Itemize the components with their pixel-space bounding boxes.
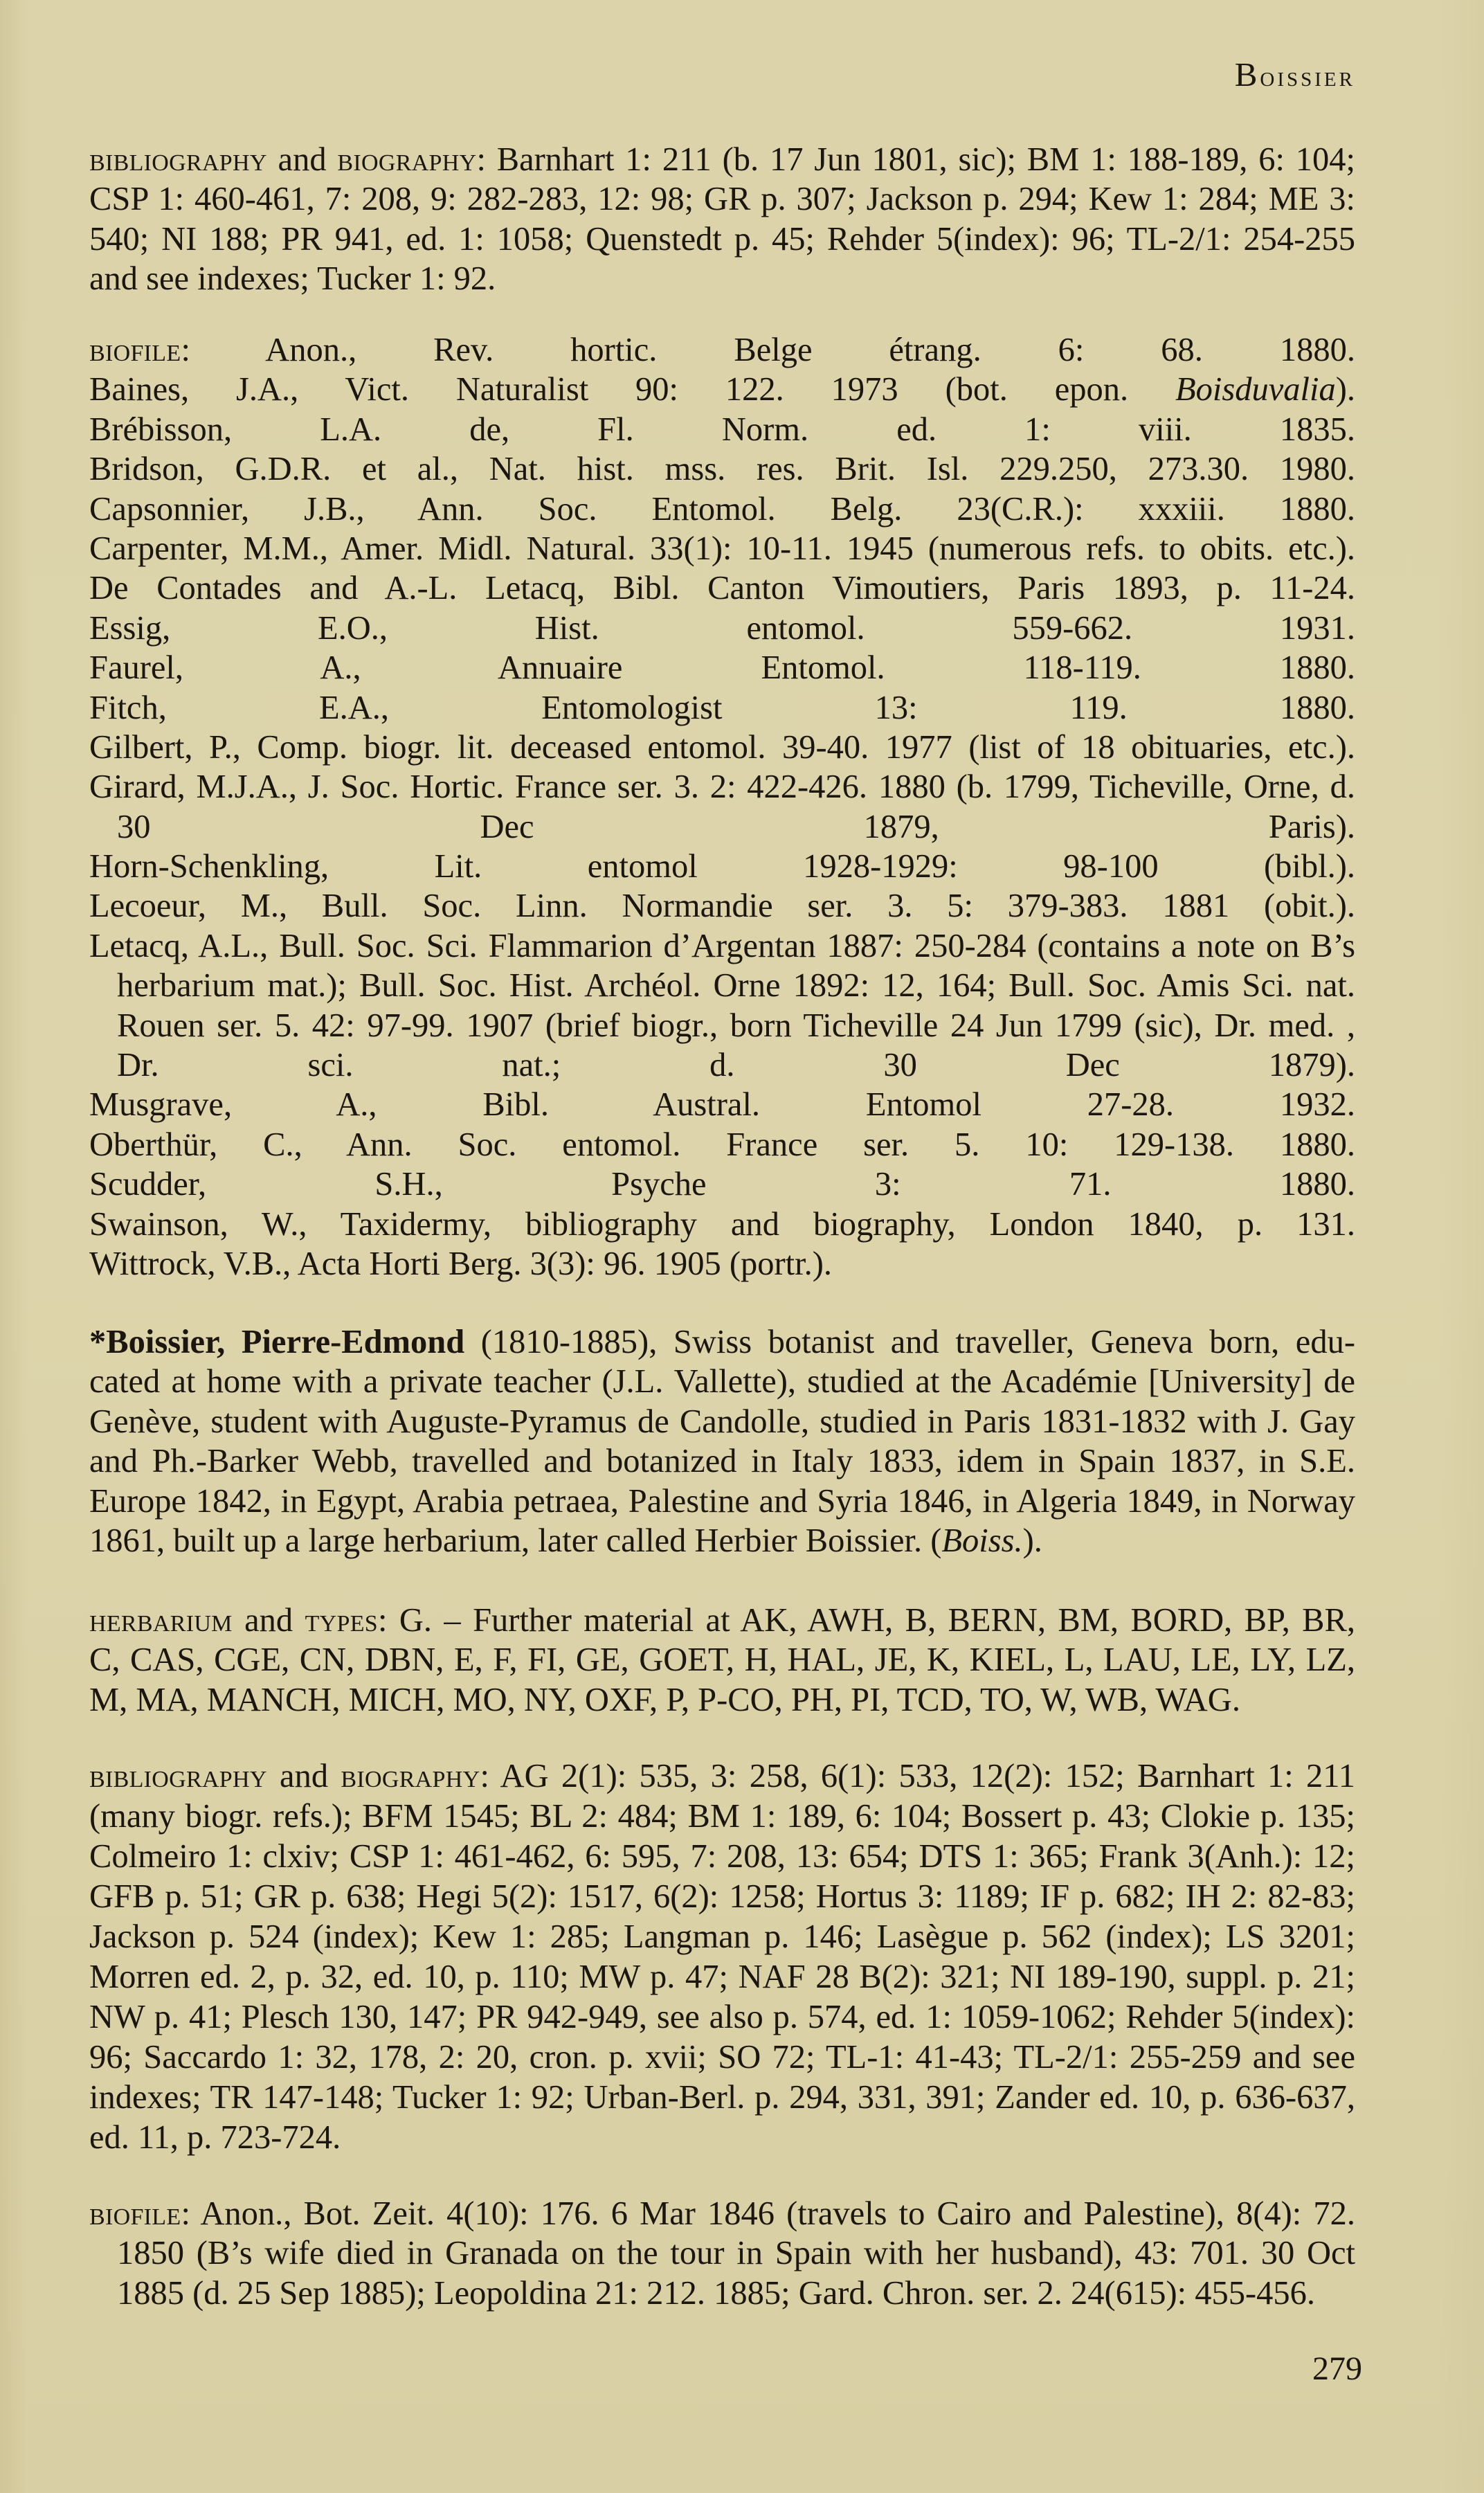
text-line: BIBLIOGRAPHY and BIOGRAPHY: Barnhart 1: … — [89, 140, 1355, 179]
section-label: BIBLIOGRAPHY — [89, 141, 267, 178]
text-line: (many biogr. refs.); BFM 1545; BL 2: 484… — [89, 1797, 1355, 1837]
text-run: (1810-1885), Swiss botanist and travelle… — [464, 1324, 1355, 1360]
text-line: cated at home with a private teacher (J.… — [89, 1362, 1355, 1401]
section-label: BIOGRAPHY — [341, 1758, 480, 1794]
text-run: Essig, E.O., Hist. entomol. 559-662. 193… — [89, 610, 1355, 647]
text-line: 96; Saccardo 1: 32, 178, 2: 20, cron. p.… — [89, 2037, 1355, 2078]
text-run: Carpenter, M.M., Amer. Midl. Natural. 33… — [89, 530, 1355, 567]
text-run: Dr. sci. nat.; d. 30 Dec 1879). — [117, 1047, 1355, 1083]
text-run: Baines, J.A., Vict. Naturalist 90: 122. … — [89, 371, 1175, 408]
text-line: Girard, M.J.A., J. Soc. Hortic. France s… — [89, 767, 1355, 807]
text-run: Lecoeur, M., Bull. Soc. Linn. Normandie … — [89, 888, 1355, 924]
text-run: and see indexes; Tucker 1: 92. — [89, 260, 496, 297]
text-run: Colmeiro 1: clxiv; CSP 1: 461-462, 6: 59… — [89, 1838, 1355, 1875]
text-line: Wittrock, V.B., Acta Horti Berg. 3(3): 9… — [89, 1244, 1355, 1284]
text-line: Swainson, W., Taxidermy, bibliography an… — [89, 1205, 1355, 1244]
text-run: 1850 (B’s wife died in Granada on the to… — [117, 2235, 1355, 2271]
text-run: C, CAS, CGE, CN, DBN, E, F, FI, GE, GOET… — [89, 1641, 1355, 1678]
text-run: Scudder, S.H., Psyche 3: 71. 1880. — [89, 1166, 1355, 1203]
boissier-entry-paragraph: *Boissier, Pierre-Edmond (1810-1885), Sw… — [89, 1322, 1355, 1560]
herbarium-and-types-section: HERBARIUM and TYPES: G. – Further materi… — [89, 1601, 1355, 1720]
text-line: Fitch, E.A., Entomologist 13: 119. 1880. — [89, 688, 1355, 728]
text-run: Fitch, E.A., Entomologist 13: 119. 1880. — [89, 690, 1355, 726]
text-line: and see indexes; Tucker 1: 92. — [89, 259, 1355, 298]
text-run: Oberthür, C., Ann. Soc. entomol. France … — [89, 1126, 1355, 1163]
text-line: 1861, built up a large herbarium, later … — [89, 1521, 1355, 1560]
text-run: ). — [1336, 371, 1355, 408]
text-line: ed. 11, p. 723-724. — [89, 2118, 1355, 2158]
text-line: 540; NI 188; PR 941, ed. 1: 1058; Quenst… — [89, 219, 1355, 259]
text-line: indexes; TR 147-148; Tucker 1: 92; Urban… — [89, 2078, 1355, 2118]
bibliography-section-1: BIBLIOGRAPHY and BIOGRAPHY: Barnhart 1: … — [89, 140, 1355, 299]
text-run: Europe 1842, in Egypt, Arabia petraea, P… — [89, 1483, 1355, 1520]
italic-term: Boisduvalia — [1175, 371, 1336, 408]
text-line: Capsonnier, J.B., Ann. Soc. Entomol. Bel… — [89, 489, 1355, 529]
text-line: and Ph.-Barker Webb, travelled and botan… — [89, 1441, 1355, 1481]
text-line: Gilbert, P., Comp. biogr. lit. deceased … — [89, 728, 1355, 767]
text-run: CSP 1: 460-461, 7: 208, 9: 282-283, 12: … — [89, 181, 1355, 217]
text-run: NW p. 41; Plesch 130, 147; PR 942-949, s… — [89, 1999, 1355, 2035]
text-run: 1885 (d. 25 Sep 1885); Leopoldina 21: 21… — [117, 2275, 1315, 2312]
text-run: 96; Saccardo 1: 32, 178, 2: 20, cron. p.… — [89, 2039, 1355, 2076]
text-run: Jackson p. 524 (index); Kew 1: 285; Lang… — [89, 1918, 1355, 1955]
text-run: GFB p. 51; GR p. 638; Hegi 5(2): 1517, 6… — [89, 1878, 1355, 1915]
text-run: indexes; TR 147-148; Tucker 1: 92; Urban… — [89, 2079, 1355, 2116]
entry-name: *Boissier, Pierre-Edmond — [89, 1324, 464, 1360]
text-run: : AG 2(1): 535, 3: 258, 6(1): 533, 12(2)… — [480, 1758, 1355, 1794]
text-line: Oberthür, C., Ann. Soc. entomol. France … — [89, 1125, 1355, 1164]
text-run: : Anon., Bot. Zeit. 4(10): 176. 6 Mar 18… — [181, 2195, 1355, 2232]
text-line: Colmeiro 1: clxiv; CSP 1: 461-462, 6: 59… — [89, 1837, 1355, 1877]
text-line: C, CAS, CGE, CN, DBN, E, F, FI, GE, GOET… — [89, 1640, 1355, 1680]
text-run: and — [267, 141, 338, 178]
text-line: De Contades and A.-L. Letacq, Bibl. Cant… — [89, 568, 1355, 608]
text-line: Genève, student with Auguste-Pyramus de … — [89, 1402, 1355, 1441]
text-line: Carpenter, M.M., Amer. Midl. Natural. 33… — [89, 529, 1355, 568]
text-run: Capsonnier, J.B., Ann. Soc. Entomol. Bel… — [89, 491, 1355, 528]
text-line: BIOFILE: Anon., Bot. Zeit. 4(10): 176. 6… — [89, 2194, 1355, 2233]
text-run: Faurel, A., Annuaire Entomol. 118-119. 1… — [89, 649, 1355, 686]
text-run: Swainson, W., Taxidermy, bibliography an… — [89, 1206, 1355, 1243]
section-label: BIBLIOGRAPHY — [89, 1758, 267, 1794]
text-line: 30 Dec 1879, Paris). — [89, 807, 1355, 847]
running-head: Boissier — [1235, 54, 1355, 97]
text-run: ). — [1023, 1522, 1042, 1559]
bibliography-section-2: BIBLIOGRAPHY and BIOGRAPHY: AG 2(1): 535… — [89, 1756, 1355, 2158]
text-run: : Barnhart 1: 211 (b. 17 Jun 1801, sic);… — [476, 141, 1355, 178]
text-run: Genève, student with Auguste-Pyramus de … — [89, 1403, 1355, 1440]
text-line: BIOFILE: Anon., Rev. hortic. Belge étran… — [89, 330, 1355, 370]
text-run: De Contades and A.-L. Letacq, Bibl. Cant… — [89, 570, 1355, 606]
text-line: Essig, E.O., Hist. entomol. 559-662. 193… — [89, 609, 1355, 648]
text-run: Gilbert, P., Comp. biogr. lit. deceased … — [89, 729, 1355, 766]
text-run: 30 Dec 1879, Paris). — [117, 809, 1355, 845]
text-line: Bridson, G.D.R. et al., Nat. hist. mss. … — [89, 449, 1355, 489]
text-run: herbarium mat.); Bull. Soc. Hist. Archéo… — [117, 967, 1355, 1004]
section-label: TYPES — [305, 1602, 378, 1639]
text-line: NW p. 41; Plesch 130, 147; PR 942-949, s… — [89, 1997, 1355, 2037]
section-label: BIOFILE — [89, 332, 181, 368]
text-line: CSP 1: 460-461, 7: 208, 9: 282-283, 12: … — [89, 179, 1355, 219]
italic-term: Boiss. — [941, 1522, 1022, 1559]
text-line: Horn-Schenkling, Lit. entomol 1928-1929:… — [89, 847, 1355, 886]
text-run: Girard, M.J.A., J. Soc. Hortic. France s… — [89, 768, 1355, 805]
text-line: Scudder, S.H., Psyche 3: 71. 1880. — [89, 1164, 1355, 1204]
text-line: Lecoeur, M., Bull. Soc. Linn. Normandie … — [89, 886, 1355, 926]
text-line: BIBLIOGRAPHY and BIOGRAPHY: AG 2(1): 535… — [89, 1756, 1355, 1797]
text-line: Musgrave, A., Bibl. Austral. Entomol 27-… — [89, 1085, 1355, 1124]
text-line: herbarium mat.); Bull. Soc. Hist. Archéo… — [89, 966, 1355, 1005]
text-line: M, MA, MANCH, MICH, MO, NY, OXF, P, P-CO… — [89, 1680, 1355, 1720]
text-line: 1885 (d. 25 Sep 1885); Leopoldina 21: 21… — [89, 2274, 1355, 2313]
text-line: Letacq, A.L., Bull. Soc. Sci. Flammarion… — [89, 926, 1355, 966]
page-number: 279 — [1312, 2348, 1362, 2390]
biofile-section-1: BIOFILE: Anon., Rev. hortic. Belge étran… — [89, 330, 1355, 1284]
text-line: Europe 1842, in Egypt, Arabia petraea, P… — [89, 1482, 1355, 1521]
text-run: 540; NI 188; PR 941, ed. 1: 1058; Quenst… — [89, 221, 1355, 258]
text-run: and — [233, 1602, 305, 1639]
text-run: Horn-Schenkling, Lit. entomol 1928-1929:… — [89, 848, 1355, 885]
text-run: Bridson, G.D.R. et al., Nat. hist. mss. … — [89, 451, 1355, 487]
text-line: *Boissier, Pierre-Edmond (1810-1885), Sw… — [89, 1322, 1355, 1362]
text-run: Rouen ser. 5. 42: 97-99. 1907 (brief bio… — [117, 1007, 1355, 1044]
text-run: : G. – Further material at AK, AWH, B, B… — [378, 1602, 1355, 1639]
text-run: and Ph.-Barker Webb, travelled and botan… — [89, 1443, 1355, 1479]
biofile-section-2: BIOFILE: Anon., Bot. Zeit. 4(10): 176. 6… — [89, 2194, 1355, 2313]
text-run: and — [267, 1758, 341, 1794]
text-run: Letacq, A.L., Bull. Soc. Sci. Flammarion… — [89, 928, 1355, 964]
text-run: Wittrock, V.B., Acta Horti Berg. 3(3): 9… — [89, 1245, 832, 1282]
text-run: Brébisson, L.A. de, Fl. Norm. ed. 1: vii… — [89, 411, 1355, 448]
text-run: : Anon., Rev. hortic. Belge étrang. 6: 6… — [181, 332, 1355, 368]
text-run: 1861, built up a large herbarium, later … — [89, 1522, 941, 1559]
text-run: cated at home with a private teacher (J.… — [89, 1363, 1355, 1400]
text-line: Morren ed. 2, p. 32, ed. 10, p. 110; MW … — [89, 1957, 1355, 1997]
text-run: Morren ed. 2, p. 32, ed. 10, p. 110; MW … — [89, 1959, 1355, 1995]
text-line: 1850 (B’s wife died in Granada on the to… — [89, 2233, 1355, 2273]
section-label: BIOGRAPHY — [337, 141, 476, 178]
text-line: Faurel, A., Annuaire Entomol. 118-119. 1… — [89, 648, 1355, 687]
text-line: HERBARIUM and TYPES: G. – Further materi… — [89, 1601, 1355, 1640]
section-label: HERBARIUM — [89, 1602, 233, 1639]
text-run: (many biogr. refs.); BFM 1545; BL 2: 484… — [89, 1798, 1355, 1835]
text-line: Brébisson, L.A. de, Fl. Norm. ed. 1: vii… — [89, 410, 1355, 449]
text-line: Dr. sci. nat.; d. 30 Dec 1879). — [89, 1045, 1355, 1085]
text-line: Rouen ser. 5. 42: 97-99. 1907 (brief bio… — [89, 1006, 1355, 1045]
text-line: Baines, J.A., Vict. Naturalist 90: 122. … — [89, 370, 1355, 409]
text-run: ed. 11, p. 723-724. — [89, 2119, 341, 2156]
section-label: BIOFILE — [89, 2195, 181, 2232]
text-line: Jackson p. 524 (index); Kew 1: 285; Lang… — [89, 1917, 1355, 1957]
text-line: GFB p. 51; GR p. 638; Hegi 5(2): 1517, 6… — [89, 1877, 1355, 1917]
text-run: M, MA, MANCH, MICH, MO, NY, OXF, P, P-CO… — [89, 1682, 1240, 1718]
text-run: Musgrave, A., Bibl. Austral. Entomol 27-… — [89, 1086, 1355, 1123]
